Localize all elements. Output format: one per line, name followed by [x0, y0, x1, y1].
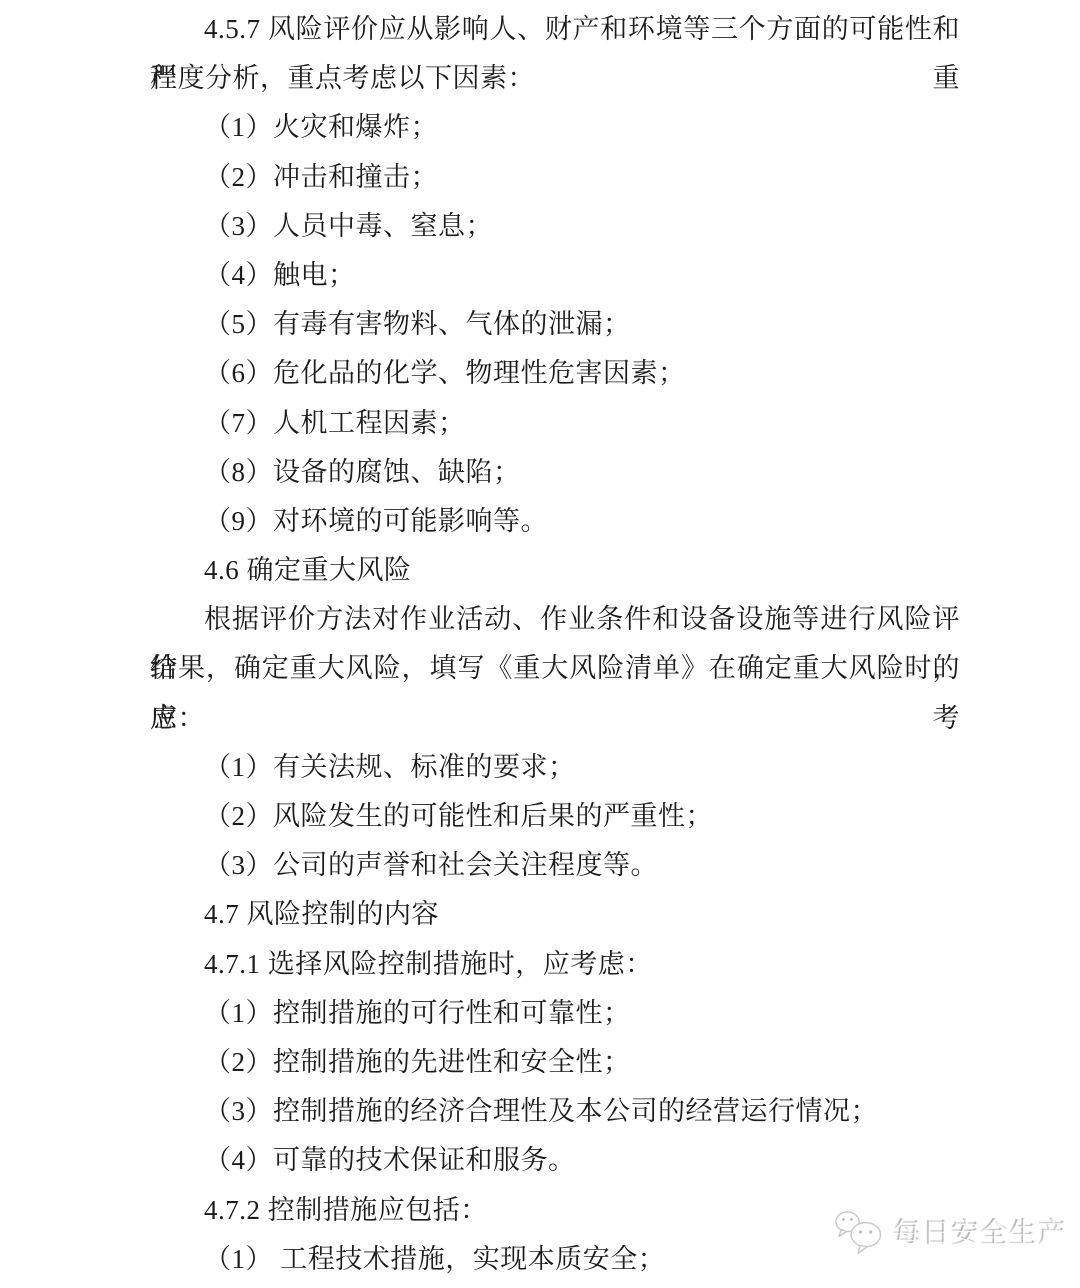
text-line: （9）对环境的可能影响等。	[150, 497, 960, 546]
text-line: （3）人员中毒、窒息；	[150, 202, 960, 251]
text-line: （7）人机工程因素；	[150, 399, 960, 448]
text-line: （4）可靠的技术保证和服务。	[150, 1136, 960, 1185]
text-line: （3）公司的声誉和社会关注程度等。	[150, 841, 960, 890]
wechat-icon	[833, 1207, 887, 1257]
text-line: 4.5.7 风险评价应从影响人、财产和环境等三个方面的可能性和严重	[150, 5, 960, 54]
text-line: （1）控制措施的可行性和可靠性；	[150, 989, 960, 1038]
text-line: （2）冲击和撞击；	[150, 153, 960, 202]
text-line: （2）风险发生的可能性和后果的严重性；	[150, 792, 960, 841]
document-body: 4.5.7 风险评价应从影响人、财产和环境等三个方面的可能性和严重程度分析，重点…	[150, 5, 960, 1284]
text-line: （5）有毒有害物料、气体的泄漏；	[150, 300, 960, 349]
text-line: 4.6 确定重大风险	[150, 546, 960, 595]
text-line: （6）危化品的化学、物理性危害因素；	[150, 349, 960, 398]
text-line: （1）有关法规、标准的要求；	[150, 743, 960, 792]
watermark: 每日安全生产	[833, 1207, 1068, 1257]
text-line: 4.7.1 选择风险控制措施时，应考虑：	[150, 940, 960, 989]
text-line: （8）设备的腐蚀、缺陷；	[150, 448, 960, 497]
text-line: （3）控制措施的经济合理性及本公司的经营运行情况；	[150, 1087, 960, 1136]
watermark-label: 每日安全生产	[894, 1212, 1068, 1252]
text-line: 结果，确定重大风险，填写《重大风险清单》在确定重大风险时，应考	[150, 644, 960, 693]
text-line: （4）触电；	[150, 251, 960, 300]
text-line: （2）控制措施的先进性和安全性；	[150, 1038, 960, 1087]
text-line: 4.7 风险控制的内容	[150, 890, 960, 939]
text-line: （1）火灾和爆炸；	[150, 103, 960, 152]
text-line: 根据评价方法对作业活动、作业条件和设备设施等进行风险评价的	[150, 595, 960, 644]
